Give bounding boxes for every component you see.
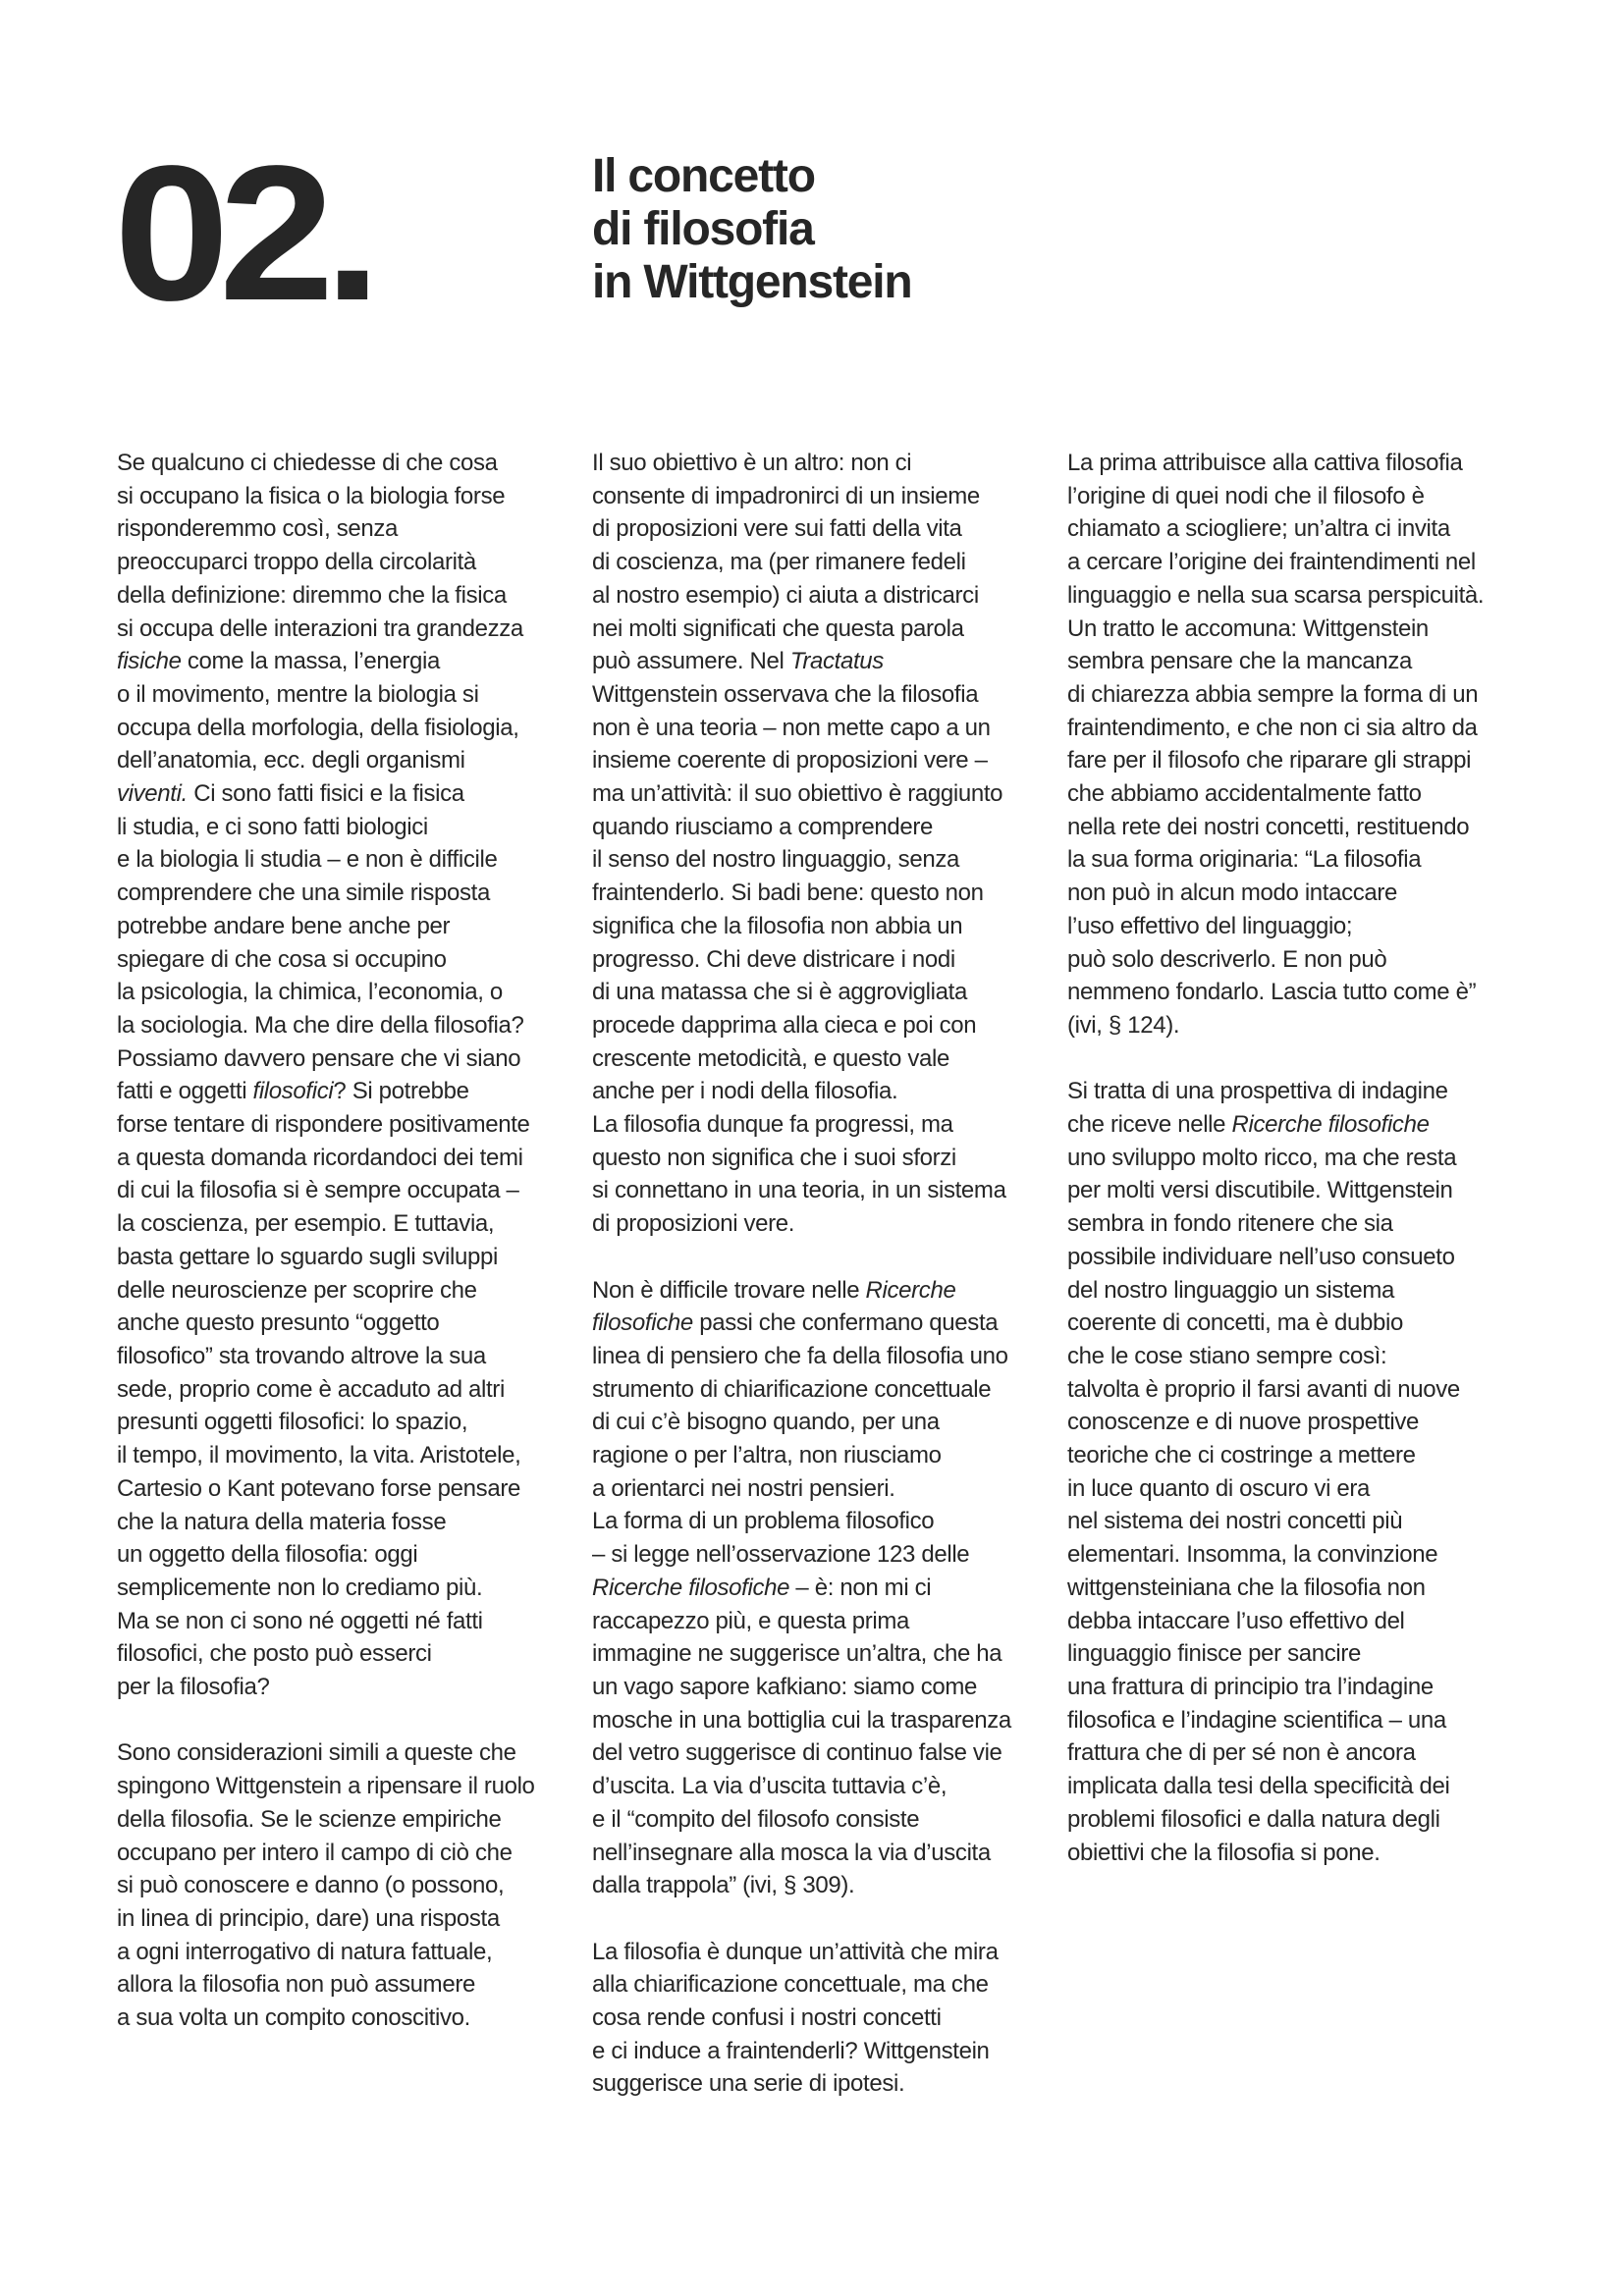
text-line: La filosofia è dunque un’attività che mi…: [592, 1936, 1054, 1969]
text-segment: a orientarci nei nostri pensieri.: [592, 1475, 895, 1502]
text-segment: procede dapprima alla cieca e poi con: [592, 1012, 976, 1039]
text-line: del vetro suggerisce di continuo false v…: [592, 1736, 1054, 1770]
text-segment: implicata dalla tesi della specificità d…: [1067, 1773, 1450, 1799]
chapter-number: 02.: [114, 126, 371, 342]
text-segment: un vago sapore kafkiano: siamo come: [592, 1674, 977, 1700]
text-line: fraintendimento, e che non ci sia altro …: [1067, 712, 1529, 745]
text-segment: progresso. Chi deve districare i nodi: [592, 946, 955, 973]
text-segment: dalla trappola” (ivi, § 309).: [592, 1872, 854, 1898]
text-segment: una frattura di principio tra l’indagine: [1067, 1674, 1434, 1700]
text-line: a sua volta un compito conoscitivo.: [117, 2002, 578, 2035]
text-segment: ma un’attività: il suo obiettivo è raggi…: [592, 780, 1002, 807]
text-line: filosofico” sta trovando altrove la sua: [117, 1340, 578, 1373]
italic-text: filosofiche: [592, 1309, 693, 1336]
text-line: Wittgenstein osservava che la filosofia: [592, 678, 1054, 712]
text-line: uno sviluppo molto ricco, ma che resta: [1067, 1142, 1529, 1175]
text-segment: risponderemmo così, senza: [117, 515, 398, 542]
text-segment: occupano per intero il campo di ciò che: [117, 1840, 513, 1866]
text-segment: basta gettare lo sguardo sugli sviluppi: [117, 1244, 498, 1270]
text-line: filosofiche passi che confermano questa: [592, 1307, 1054, 1340]
text-line: Cartesio o Kant potevano forse pensare: [117, 1472, 578, 1506]
text-segment: Possiamo davvero pensare che vi siano: [117, 1045, 520, 1072]
text-segment: di coscienza, ma (per rimanere fedeli: [592, 549, 966, 575]
text-line: che la natura della materia fosse: [117, 1506, 578, 1539]
text-line: può solo descriverlo. E non può: [1067, 943, 1529, 977]
text-segment: delle neuroscienze per scoprire che: [117, 1277, 477, 1304]
text-line: Si tratta di una prospettiva di indagine: [1067, 1075, 1529, 1108]
text-segment: strumento di chiarificazione concettuale: [592, 1376, 991, 1403]
text-segment: della definizione: diremmo che la fisica: [117, 582, 507, 609]
text-line: di cui c’è bisogno quando, per una: [592, 1406, 1054, 1439]
text-line: di coscienza, ma (per rimanere fedeli: [592, 546, 1054, 579]
text-line: raccapezzo più, e questa prima: [592, 1605, 1054, 1638]
text-line: una frattura di principio tra l’indagine: [1067, 1671, 1529, 1704]
text-line: cosa rende confusi i nostri concetti: [592, 2002, 1054, 2035]
text-segment: fatti e oggetti: [117, 1078, 253, 1104]
text-line: conoscenze e di nuove prospettive: [1067, 1406, 1529, 1439]
text-line: spingono Wittgenstein a ripensare il ruo…: [117, 1770, 578, 1803]
text-line: fatti e oggetti filosofici? Si potrebbe: [117, 1075, 578, 1108]
text-segment: forse tentare di rispondere positivament…: [117, 1111, 530, 1138]
text-segment: nella rete dei nostri concetti, restitue…: [1067, 814, 1469, 840]
text-segment: a questa domanda ricordandoci dei temi: [117, 1145, 523, 1171]
italic-text: fisiche: [117, 648, 182, 674]
text-line: wittgensteiniana che la filosofia non: [1067, 1572, 1529, 1605]
text-segment: talvolta è proprio il farsi avanti di nu…: [1067, 1376, 1460, 1403]
text-segment: problemi filosofici e dalla natura degli: [1067, 1806, 1440, 1833]
text-line: Non è difficile trovare nelle Ricerche: [592, 1274, 1054, 1308]
text-line: forse tentare di rispondere positivament…: [117, 1108, 578, 1142]
text-line: suggerisce una serie di ipotesi.: [592, 2067, 1054, 2101]
text-line: La forma di un problema filosofico: [592, 1505, 1054, 1538]
text-line: Sono considerazioni simili a queste che: [117, 1736, 578, 1770]
text-segment: preoccuparci troppo della circolarità: [117, 549, 476, 575]
text-segment: teoriche che ci costringe a mettere: [1067, 1442, 1416, 1468]
text-segment: l’uso effettivo del linguaggio;: [1067, 913, 1352, 939]
text-segment: per la filosofia?: [117, 1674, 269, 1700]
text-segment: linea di pensiero che fa della filosofia…: [592, 1343, 1008, 1369]
text-line: fare per il filosofo che riparare gli st…: [1067, 744, 1529, 777]
text-segment: frattura che di per sé non è ancora: [1067, 1739, 1416, 1766]
text-segment: della filosofia. Se le scienze empiriche: [117, 1806, 502, 1833]
text-line: frattura che di per sé non è ancora: [1067, 1736, 1529, 1770]
text-line: che riceve nelle Ricerche filosofiche: [1067, 1108, 1529, 1142]
text-line: – si legge nell’osservazione 123 delle: [592, 1538, 1054, 1572]
text-line: del nostro linguaggio un sistema: [1067, 1274, 1529, 1308]
chapter-title-line: in Wittgenstein: [592, 256, 912, 309]
text-line: d’uscita. La via d’uscita tuttavia c’è,: [592, 1770, 1054, 1803]
text-segment: passi che confermano questa: [693, 1309, 998, 1336]
text-segment: Cartesio o Kant potevano forse pensare: [117, 1475, 520, 1502]
text-line: allora la filosofia non può assumere: [117, 1968, 578, 2002]
text-segment: si occupano la fisica o la biologia fors…: [117, 483, 505, 509]
text-line: sede, proprio come è accaduto ad altri: [117, 1373, 578, 1407]
text-segment: Si tratta di una prospettiva di indagine: [1067, 1078, 1448, 1104]
text-segment: e il “compito del filosofo consiste: [592, 1806, 919, 1833]
text-line: Se qualcuno ci chiedesse di che cosa: [117, 447, 578, 480]
text-segment: un oggetto della filosofia: oggi: [117, 1541, 417, 1568]
text-segment: Ci sono fatti fisici e la fisica: [188, 780, 464, 807]
text-segment: raccapezzo più, e questa prima: [592, 1608, 909, 1634]
text-line: strumento di chiarificazione concettuale: [592, 1373, 1054, 1407]
text-line: di una matassa che si è aggrovigliata: [592, 976, 1054, 1009]
text-column-2: Il suo obiettivo è un altro: non ciconse…: [592, 447, 1054, 2101]
text-segment: potrebbe andare bene anche per: [117, 913, 450, 939]
text-segment: sede, proprio come è accaduto ad altri: [117, 1376, 505, 1403]
text-segment: coerente di concetti, ma è dubbio: [1067, 1309, 1403, 1336]
text-segment: e la biologia li studia – e non è diffic…: [117, 846, 497, 873]
italic-text: Ricerche filosofiche: [1231, 1111, 1429, 1138]
chapter-title: Il concetto di filosofia in Wittgenstein: [592, 150, 912, 309]
text-segment: Il suo obiettivo è un altro: non ci: [592, 450, 911, 476]
text-line: non è una teoria – non mette capo a un: [592, 712, 1054, 745]
text-line: elementari. Insomma, la convinzione: [1067, 1538, 1529, 1572]
text-segment: consente di impadronirci di un insieme: [592, 483, 980, 509]
text-segment: anche questo presunto “oggetto: [117, 1309, 439, 1336]
text-segment: e ci induce a fraintenderli? Wittgenstei…: [592, 2038, 990, 2064]
text-line: ragione o per l’altra, non riusciamo: [592, 1439, 1054, 1472]
text-line: nell’insegnare alla mosca la via d’uscit…: [592, 1837, 1054, 1870]
text-line: progresso. Chi deve districare i nodi: [592, 943, 1054, 977]
text-line: un vago sapore kafkiano: siamo come: [592, 1671, 1054, 1704]
text-line: in luce quanto di oscuro vi era: [1067, 1472, 1529, 1506]
text-line: crescente metodicità, e questo vale: [592, 1042, 1054, 1076]
text-line: debba intaccare l’uso effettivo del: [1067, 1605, 1529, 1638]
text-segment: filosofico” sta trovando altrove la sua: [117, 1343, 486, 1369]
text-segment: quando riusciamo a comprendere: [592, 814, 933, 840]
text-segment: fraintendimento, e che non ci sia altro …: [1067, 715, 1478, 741]
text-segment: sembra in fondo ritenere che sia: [1067, 1210, 1393, 1237]
text-line: teoriche che ci costringe a mettere: [1067, 1439, 1529, 1472]
text-segment: crescente metodicità, e questo vale: [592, 1045, 949, 1072]
text-line: dell’anatomia, ecc. degli organismi: [117, 744, 578, 777]
text-segment: del nostro linguaggio un sistema: [1067, 1277, 1394, 1304]
text-line: mosche in una bottiglia cui la trasparen…: [592, 1704, 1054, 1737]
text-line: si occupano la fisica o la biologia fors…: [117, 480, 578, 513]
text-line: Ma se non ci sono né oggetti né fatti: [117, 1605, 578, 1638]
text-line: significa che la filosofia non abbia un: [592, 910, 1054, 943]
text-line: e il “compito del filosofo consiste: [592, 1803, 1054, 1837]
text-segment: possibile individuare nell’uso consueto: [1067, 1244, 1455, 1270]
text-line: di cui la filosofia si è sempre occupata…: [117, 1174, 578, 1207]
text-segment: per molti versi discutibile. Wittgenstei…: [1067, 1177, 1452, 1203]
text-segment: conoscenze e di nuove prospettive: [1067, 1409, 1419, 1435]
italic-text: Ricerche filosofiche: [592, 1575, 789, 1601]
text-segment: linguaggio finisce per sancire: [1067, 1640, 1361, 1667]
text-segment: anche per i nodi della filosofia.: [592, 1078, 897, 1104]
text-line: li studia, e ci sono fatti biologici: [117, 811, 578, 844]
text-segment: di una matassa che si è aggrovigliata: [592, 979, 967, 1005]
text-segment: insieme coerente di proposizioni vere –: [592, 747, 988, 774]
text-segment: la coscienza, per esempio. E tuttavia,: [117, 1210, 494, 1237]
text-line: La prima attribuisce alla cattiva filoso…: [1067, 447, 1529, 480]
text-segment: la sociologia. Ma che dire della filosof…: [117, 1012, 524, 1039]
text-segment: presunti oggetti filosofici: lo spazio,: [117, 1409, 467, 1435]
text-line: coerente di concetti, ma è dubbio: [1067, 1307, 1529, 1340]
text-line: nei molti significati che questa parola: [592, 613, 1054, 646]
text-line: Un tratto le accomuna: Wittgenstein: [1067, 613, 1529, 646]
text-line: la coscienza, per esempio. E tuttavia,: [117, 1207, 578, 1241]
paragraph-break: [1067, 1042, 1529, 1076]
text-line: di proposizioni vere.: [592, 1207, 1054, 1241]
chapter-title-line: Il concetto: [592, 150, 912, 203]
text-line: obiettivi che la filosofia si pone.: [1067, 1837, 1529, 1870]
text-line: La filosofia dunque fa progressi, ma: [592, 1108, 1054, 1142]
text-line: la psicologia, la chimica, l’economia, o: [117, 976, 578, 1009]
text-segment: la psicologia, la chimica, l’economia, o: [117, 979, 503, 1005]
text-segment: nei molti significati che questa parola: [592, 615, 964, 642]
text-segment: filosofica e l’indagine scientifica – un…: [1067, 1707, 1446, 1734]
text-line: il senso del nostro linguaggio, senza: [592, 843, 1054, 877]
paragraph-break: [592, 1241, 1054, 1274]
text-segment: la sua forma originaria: “La filosofia: [1067, 846, 1421, 873]
text-segment: si connettano in una teoria, in un siste…: [592, 1177, 1006, 1203]
text-column-1: Se qualcuno ci chiedesse di che cosasi o…: [117, 447, 578, 2035]
text-line: nel sistema dei nostri concetti più: [1067, 1505, 1529, 1538]
text-line: si occupa delle interazioni tra grandezz…: [117, 613, 578, 646]
text-line: si può conoscere e danno (o possono,: [117, 1869, 578, 1902]
text-segment: suggerisce una serie di ipotesi.: [592, 2070, 904, 2097]
text-line: la sua forma originaria: “La filosofia: [1067, 843, 1529, 877]
text-segment: debba intaccare l’uso effettivo del: [1067, 1608, 1405, 1634]
text-segment: di chiarezza abbia sempre la forma di un: [1067, 681, 1478, 708]
text-line: fisiche come la massa, l’energia: [117, 645, 578, 678]
text-segment: in linea di principio, dare) una rispost…: [117, 1905, 500, 1932]
text-line: occupano per intero il campo di ciò che: [117, 1837, 578, 1870]
text-line: di chiarezza abbia sempre la forma di un: [1067, 678, 1529, 712]
text-line: preoccuparci troppo della circolarità: [117, 546, 578, 579]
text-segment: obiettivi che la filosofia si pone.: [1067, 1840, 1380, 1866]
text-segment: spiegare di che cosa si occupino: [117, 946, 447, 973]
text-line: che abbiamo accidentalmente fatto: [1067, 777, 1529, 811]
text-segment: La prima attribuisce alla cattiva filoso…: [1067, 450, 1462, 476]
text-line: anche per i nodi della filosofia.: [592, 1075, 1054, 1108]
text-line: potrebbe andare bene anche per: [117, 910, 578, 943]
text-segment: allora la filosofia non può assumere: [117, 1971, 475, 1998]
text-line: sembra pensare che la mancanza: [1067, 645, 1529, 678]
text-segment: di proposizioni vere.: [592, 1210, 794, 1237]
text-line: o il movimento, mentre la biologia si: [117, 678, 578, 712]
text-line: consente di impadronirci di un insieme: [592, 480, 1054, 513]
text-segment: di cui la filosofia si è sempre occupata…: [117, 1177, 519, 1203]
text-line: presunti oggetti filosofici: lo spazio,: [117, 1406, 578, 1439]
text-line: insieme coerente di proposizioni vere –: [592, 744, 1054, 777]
text-segment: ? Si potrebbe: [333, 1078, 468, 1104]
text-segment: del vetro suggerisce di continuo false v…: [592, 1739, 1002, 1766]
text-line: filosofica e l’indagine scientifica – un…: [1067, 1704, 1529, 1737]
text-line: a cercare l’origine dei fraintendimenti …: [1067, 546, 1529, 579]
text-segment: che riceve nelle: [1067, 1111, 1231, 1138]
text-segment: Sono considerazioni simili a queste che: [117, 1739, 516, 1766]
text-segment: uno sviluppo molto ricco, ma che resta: [1067, 1145, 1456, 1171]
text-segment: può solo descriverlo. E non può: [1067, 946, 1386, 973]
text-segment: il senso del nostro linguaggio, senza: [592, 846, 959, 873]
text-segment: elementari. Insomma, la convinzione: [1067, 1541, 1437, 1568]
text-line: dalla trappola” (ivi, § 309).: [592, 1869, 1054, 1902]
text-segment: occupa della morfologia, della fisiologi…: [117, 715, 519, 741]
italic-text: filosofici: [253, 1078, 334, 1104]
chapter-title-line: di filosofia: [592, 203, 912, 256]
text-line: linguaggio finisce per sancire: [1067, 1637, 1529, 1671]
text-line: può assumere. Nel Tractatus: [592, 645, 1054, 678]
text-line: l’uso effettivo del linguaggio;: [1067, 910, 1529, 943]
text-column-3: La prima attribuisce alla cattiva filoso…: [1067, 447, 1529, 1869]
text-segment: che le cose stiano sempre così:: [1067, 1343, 1386, 1369]
text-segment: a ogni interrogativo di natura fattuale,: [117, 1939, 492, 1965]
text-line: per la filosofia?: [117, 1671, 578, 1704]
text-line: immagine ne suggerisce un’altra, che ha: [592, 1637, 1054, 1671]
text-line: problemi filosofici e dalla natura degli: [1067, 1803, 1529, 1837]
text-segment: che la natura della materia fosse: [117, 1509, 446, 1535]
text-segment: nel sistema dei nostri concetti più: [1067, 1508, 1402, 1534]
text-segment: mosche in una bottiglia cui la trasparen…: [592, 1707, 1011, 1734]
text-line: semplicemente non lo crediamo più.: [117, 1572, 578, 1605]
text-line: di proposizioni vere sui fatti della vit…: [592, 512, 1054, 546]
text-segment: semplicemente non lo crediamo più.: [117, 1575, 482, 1601]
italic-text: Tractatus: [790, 648, 884, 674]
text-segment: non può in alcun modo intaccare: [1067, 880, 1397, 906]
text-line: quando riusciamo a comprendere: [592, 811, 1054, 844]
text-line: ma un’attività: il suo obiettivo è raggi…: [592, 777, 1054, 811]
text-segment: linguaggio e nella sua scarsa perspicuit…: [1067, 582, 1484, 609]
text-line: risponderemmo così, senza: [117, 512, 578, 546]
text-segment: di cui c’è bisogno quando, per una: [592, 1409, 940, 1435]
text-segment: può assumere. Nel: [592, 648, 790, 674]
text-segment: di proposizioni vere sui fatti della vit…: [592, 515, 962, 542]
text-line: nemmeno fondarlo. Lascia tutto come è”: [1067, 976, 1529, 1009]
paragraph-break: [117, 1704, 578, 1737]
text-segment: nemmeno fondarlo. Lascia tutto come è”: [1067, 979, 1476, 1005]
text-line: basta gettare lo sguardo sugli sviluppi: [117, 1241, 578, 1274]
text-segment: fare per il filosofo che riparare gli st…: [1067, 747, 1471, 774]
text-line: Il suo obiettivo è un altro: non ci: [592, 447, 1054, 480]
text-line: della filosofia. Se le scienze empiriche: [117, 1803, 578, 1837]
text-line: a orientarci nei nostri pensieri.: [592, 1472, 1054, 1506]
text-line: linguaggio e nella sua scarsa perspicuit…: [1067, 579, 1529, 613]
text-line: la sociologia. Ma che dire della filosof…: [117, 1009, 578, 1042]
text-line: in linea di principio, dare) una rispost…: [117, 1902, 578, 1936]
text-segment: cosa rende confusi i nostri concetti: [592, 2004, 942, 2031]
text-line: a ogni interrogativo di natura fattuale,: [117, 1936, 578, 1969]
text-segment: Wittgenstein osservava che la filosofia: [592, 681, 978, 708]
text-segment: comprendere che una simile risposta: [117, 880, 490, 906]
text-segment: Non è difficile trovare nelle: [592, 1277, 866, 1304]
text-line: un oggetto della filosofia: oggi: [117, 1538, 578, 1572]
italic-text: viventi.: [117, 780, 188, 807]
text-line: anche questo presunto “oggetto: [117, 1307, 578, 1340]
text-line: si connettano in una teoria, in un siste…: [592, 1174, 1054, 1207]
paragraph-break: [592, 1902, 1054, 1936]
text-segment: – è: non mi ci: [789, 1575, 931, 1601]
text-segment: non è una teoria – non mette capo a un: [592, 715, 991, 741]
text-segment: La filosofia è dunque un’attività che mi…: [592, 1939, 999, 1965]
text-segment: La filosofia dunque fa progressi, ma: [592, 1111, 953, 1138]
text-segment: (ivi, § 124).: [1067, 1012, 1179, 1039]
text-segment: – si legge nell’osservazione 123 delle: [592, 1541, 969, 1568]
text-line: linea di pensiero che fa della filosofia…: [592, 1340, 1054, 1373]
text-line: alla chiarificazione concettuale, ma che: [592, 1968, 1054, 2002]
text-line: a questa domanda ricordandoci dei temi: [117, 1142, 578, 1175]
text-line: occupa della morfologia, della fisiologi…: [117, 712, 578, 745]
text-line: e la biologia li studia – e non è diffic…: [117, 843, 578, 877]
text-segment: o il movimento, mentre la biologia si: [117, 681, 479, 708]
text-segment: ragione o per l’altra, non riusciamo: [592, 1442, 942, 1468]
text-line: delle neuroscienze per scoprire che: [117, 1274, 578, 1308]
text-line: filosofici, che posto può esserci: [117, 1637, 578, 1671]
text-line: Possiamo davvero pensare che vi siano: [117, 1042, 578, 1076]
text-line: al nostro esempio) ci aiuta a districarc…: [592, 579, 1054, 613]
text-line: e ci induce a fraintenderli? Wittgenstei…: [592, 2035, 1054, 2068]
text-line: chiamato a sciogliere; un’altra ci invit…: [1067, 512, 1529, 546]
text-segment: Se qualcuno ci chiedesse di che cosa: [117, 450, 498, 476]
text-line: spiegare di che cosa si occupino: [117, 943, 578, 977]
text-line: non può in alcun modo intaccare: [1067, 877, 1529, 910]
text-segment: come la massa, l’energia: [182, 648, 440, 674]
text-segment: chiamato a sciogliere; un’altra ci invit…: [1067, 515, 1450, 542]
text-segment: l’origine di quei nodi che il filosofo è: [1067, 483, 1425, 509]
text-segment: che abbiamo accidentalmente fatto: [1067, 780, 1422, 807]
text-line: talvolta è proprio il farsi avanti di nu…: [1067, 1373, 1529, 1407]
text-segment: il tempo, il movimento, la vita. Aristot…: [117, 1442, 520, 1468]
text-line: il tempo, il movimento, la vita. Aristot…: [117, 1439, 578, 1472]
text-line: della definizione: diremmo che la fisica: [117, 579, 578, 613]
text-segment: a cercare l’origine dei fraintendimenti …: [1067, 549, 1476, 575]
text-segment: si può conoscere e danno (o possono,: [117, 1872, 504, 1898]
text-segment: significa che la filosofia non abbia un: [592, 913, 962, 939]
text-line: viventi. Ci sono fatti fisici e la fisic…: [117, 777, 578, 811]
text-line: questo non significa che i suoi sforzi: [592, 1142, 1054, 1175]
text-line: possibile individuare nell’uso consueto: [1067, 1241, 1529, 1274]
text-segment: Un tratto le accomuna: Wittgenstein: [1067, 615, 1429, 642]
text-line: che le cose stiano sempre così:: [1067, 1340, 1529, 1373]
text-line: per molti versi discutibile. Wittgenstei…: [1067, 1174, 1529, 1207]
text-segment: al nostro esempio) ci aiuta a districarc…: [592, 582, 979, 609]
text-segment: Ma se non ci sono né oggetti né fatti: [117, 1608, 483, 1634]
text-segment: questo non significa che i suoi sforzi: [592, 1145, 956, 1171]
text-segment: sembra pensare che la mancanza: [1067, 648, 1412, 674]
text-segment: wittgensteiniana che la filosofia non: [1067, 1575, 1426, 1601]
text-line: (ivi, § 124).: [1067, 1009, 1529, 1042]
text-segment: d’uscita. La via d’uscita tuttavia c’è,: [592, 1773, 947, 1799]
text-segment: filosofici, che posto può esserci: [117, 1640, 432, 1667]
text-segment: li studia, e ci sono fatti biologici: [117, 814, 428, 840]
text-segment: si occupa delle interazioni tra grandezz…: [117, 615, 523, 642]
text-line: implicata dalla tesi della specificità d…: [1067, 1770, 1529, 1803]
text-line: l’origine di quei nodi che il filosofo è: [1067, 480, 1529, 513]
text-segment: nell’insegnare alla mosca la via d’uscit…: [592, 1840, 991, 1866]
text-segment: spingono Wittgenstein a ripensare il ruo…: [117, 1773, 535, 1799]
text-line: nella rete dei nostri concetti, restitue…: [1067, 811, 1529, 844]
text-segment: fraintenderlo. Si badi bene: questo non: [592, 880, 984, 906]
italic-text: Ricerche: [866, 1277, 956, 1304]
text-line: Ricerche filosofiche – è: non mi ci: [592, 1572, 1054, 1605]
text-segment: in luce quanto di oscuro vi era: [1067, 1475, 1370, 1502]
text-segment: alla chiarificazione concettuale, ma che: [592, 1971, 989, 1998]
text-segment: dell’anatomia, ecc. degli organismi: [117, 747, 465, 774]
text-line: comprendere che una simile risposta: [117, 877, 578, 910]
text-line: fraintenderlo. Si badi bene: questo non: [592, 877, 1054, 910]
text-segment: a sua volta un compito conoscitivo.: [117, 2004, 470, 2031]
text-segment: immagine ne suggerisce un’altra, che ha: [592, 1640, 1001, 1667]
text-line: procede dapprima alla cieca e poi con: [592, 1009, 1054, 1042]
text-line: sembra in fondo ritenere che sia: [1067, 1207, 1529, 1241]
text-segment: La forma di un problema filosofico: [592, 1508, 934, 1534]
